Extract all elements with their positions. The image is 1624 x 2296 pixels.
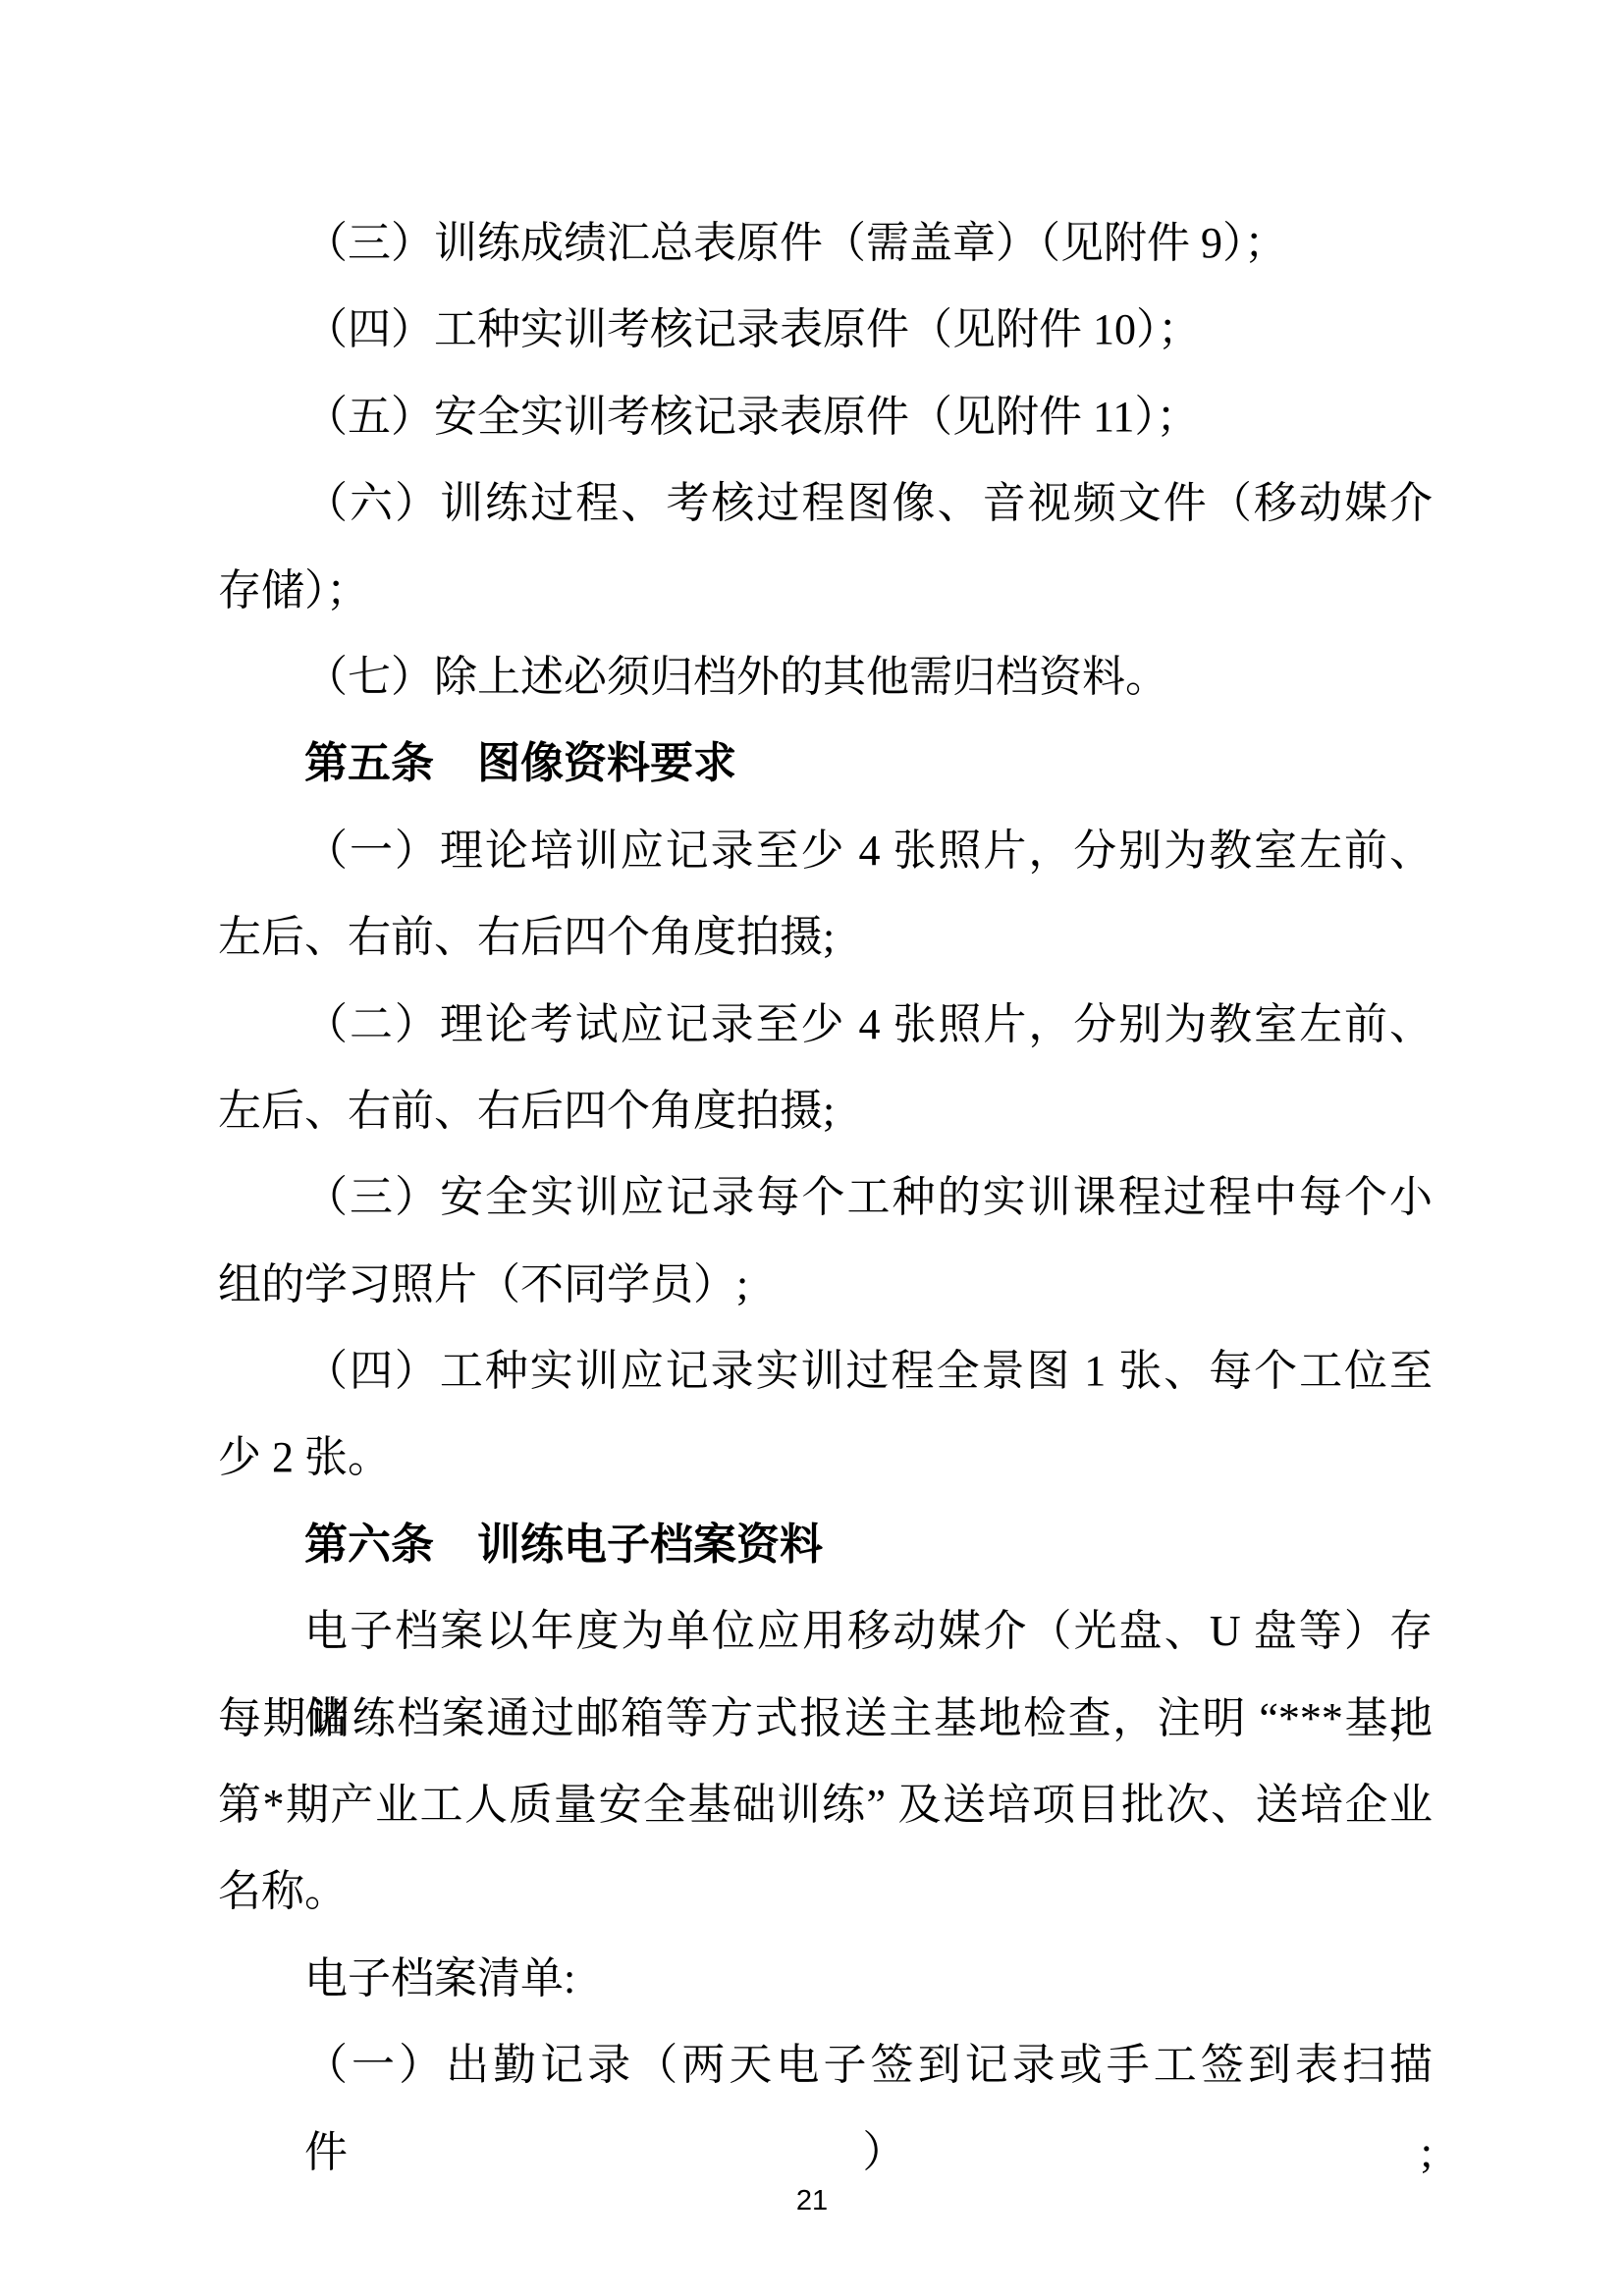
body-text: （三）训练成绩汇总表原件（需盖章）（见附件 9）； （四）工种实训考核记录表原件…	[218, 200, 1433, 2109]
document-page: （三）训练成绩汇总表原件（需盖章）（见附件 9）； （四）工种实训考核记录表原件…	[0, 0, 1624, 2296]
doc-line-photo-req-2-continued: 左后、右前、右后四个角度拍摄;	[218, 1068, 1433, 1154]
doc-line-item-7-other-files: （七）除上述必须归档外的其他需归档资料。	[218, 634, 1433, 721]
doc-line-photo-req-3-continued: 组的学习照片（不同学员）;	[218, 1242, 1433, 1328]
heading-article-5: 第五条 图像资料要求	[218, 721, 1433, 807]
doc-line-earchive-para-end: 名称。	[218, 1848, 1433, 1935]
doc-line-photo-req-1: （一）理论培训应记录至少 4 张照片，分别为教室左前、	[218, 808, 1433, 894]
doc-line-earchive-para-2: 每期训练档案通过邮箱等方式报送主基地检查，注明 “***基地	[218, 1676, 1433, 1762]
doc-line-photo-req-1-continued: 左后、右前、右后四个角度拍摄;	[218, 894, 1433, 981]
heading-article-6: 第六条 训练电子档案资料	[218, 1502, 1433, 1588]
doc-line-item-6-media-files: （六）训练过程、考核过程图像、音视频文件（移动媒介	[218, 460, 1433, 547]
doc-line-earchive-list-title: 电子档案清单:	[218, 1936, 1433, 2022]
doc-line-earchive-para-1: 电子档案以年度为单位应用移动媒介（光盘、U 盘等）存储，	[218, 1588, 1433, 1675]
doc-line-earchive-para-3: 第*期产业工人质量安全基础训练” 及送培项目批次、送培企业	[218, 1762, 1433, 1848]
doc-line-photo-req-2: （二）理论考试应记录至少 4 张照片，分别为教室左前、	[218, 982, 1433, 1068]
doc-line-item-3-score-summary: （三）训练成绩汇总表原件（需盖章）（见附件 9）；	[218, 200, 1433, 287]
page-number: 21	[0, 2185, 1624, 2216]
doc-line-item-4-trade-record: （四）工种实训考核记录表原件（见附件 10）；	[218, 287, 1433, 373]
doc-line-item-5-safety-record: （五）安全实训考核记录表原件（见附件 11）；	[218, 374, 1433, 460]
doc-line-item-6-continued: 存储）；	[218, 548, 1433, 634]
doc-line-photo-req-4: （四）工种实训应记录实训过程全景图 1 张、每个工位至	[218, 1328, 1433, 1415]
doc-line-photo-req-4-continued: 少 2 张。	[218, 1415, 1433, 1501]
doc-line-attendance-record: （一）出勤记录（两天电子签到记录或手工签到表扫描件）;	[218, 2022, 1433, 2109]
doc-line-photo-req-3: （三）安全实训应记录每个工种的实训课程过程中每个小	[218, 1154, 1433, 1241]
